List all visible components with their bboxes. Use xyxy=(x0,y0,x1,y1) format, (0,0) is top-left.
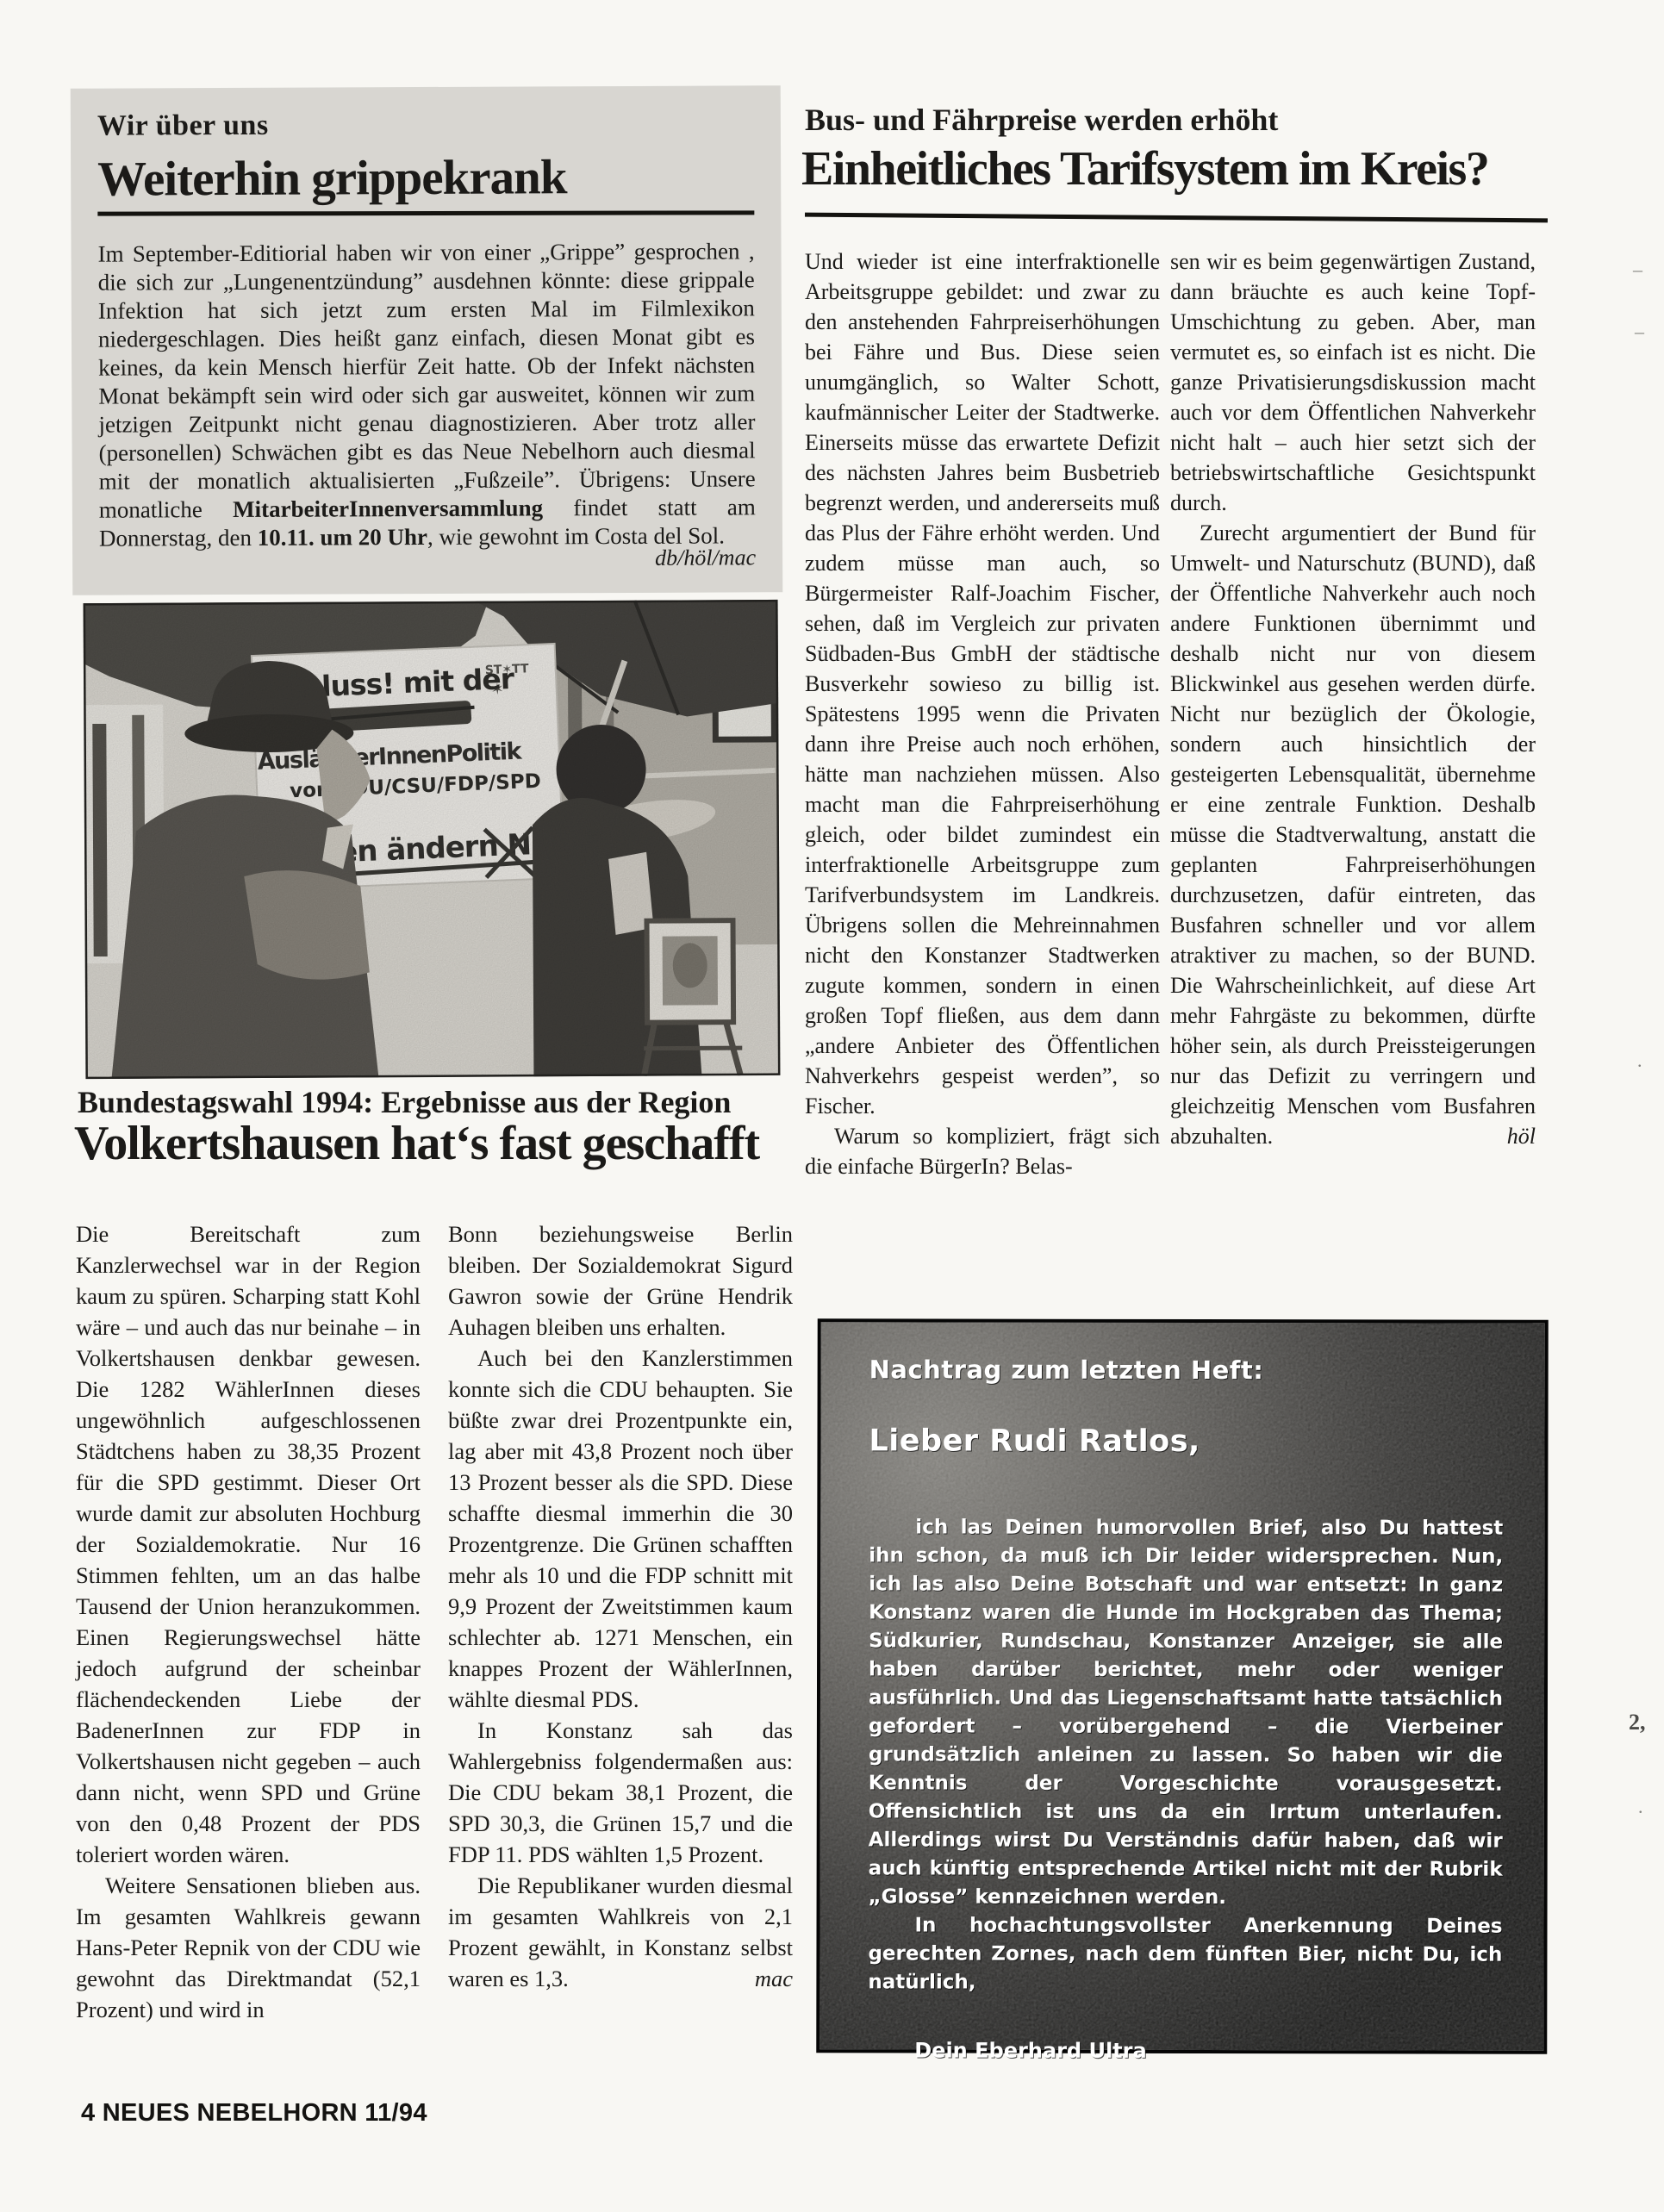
scan-artifact: – xyxy=(1633,259,1642,281)
wahl-column-2: Bonn beziehungsweise Berlin bleiben. Der… xyxy=(448,1218,793,1994)
tarif-paragraph: Und wieder ist eine interfraktionelle Ar… xyxy=(805,246,1160,1121)
tarif-column-1: Und wieder ist eine interfraktionelle Ar… xyxy=(805,246,1160,1181)
editorial-headline: Weiterhin grippekrank xyxy=(97,152,754,206)
photo-grain xyxy=(84,600,781,1079)
letter-paragraph: ich las Deinen humorvollen Brief, also D… xyxy=(869,1513,1504,1912)
letter-box: Nachtrag zum letzten Heft: Lieber Rudi R… xyxy=(816,1318,1548,2053)
letter-title: Nachtrag zum letzten Heft: xyxy=(869,1355,1504,1385)
wahl-paragraph: Weitere Sensationen blieben aus. Im gesa… xyxy=(76,1870,421,2025)
editorial-bold-1: MitarbeiterInnenversammlung xyxy=(233,495,543,523)
page-footer: 4 NEUES NEBELHORN 11/94 xyxy=(81,2099,427,2128)
demonstration-photo: ST✶TT ✶ Schluss! mit der AusländerInnenP… xyxy=(84,600,781,1079)
wahl-paragraph: Die Bereitschaft zum Kanzlerwechsel war … xyxy=(76,1218,421,1870)
tarif-paragraph: sen wir es beim gegenwärtigen Zustand, d… xyxy=(1170,246,1536,518)
editorial-article: Wir über uns Weiterhin grippekrank Im Se… xyxy=(72,86,782,595)
wahl-column-1: Die Bereitschaft zum Kanzlerwechsel war … xyxy=(76,1218,421,2025)
scan-artifact: – xyxy=(1635,321,1644,343)
letter-signature: Dein Eberhard Ultra xyxy=(868,2038,1502,2063)
tarif-paragraph: Zurecht argumentiert der Bund für Umwelt… xyxy=(1170,518,1536,1151)
wahl-paragraph: In Konstanz sah das Wahlergebniss folgen… xyxy=(448,1715,793,1870)
scan-artifact: 2, xyxy=(1629,1710,1646,1735)
tarif-headline: Einheitliches Tarifsystem im Kreis? xyxy=(801,143,1564,196)
editorial-body: Im September-Editiorial haben wir von ei… xyxy=(97,238,756,553)
wahl-paragraph: Auch bei den Kanzlerstimmen konnte sich … xyxy=(448,1343,793,1715)
newspaper-page: Wir über uns Weiterhin grippekrank Im Se… xyxy=(0,0,1664,2212)
tarif-headline-rule xyxy=(805,213,1548,223)
wahl-headline: Volkertshausen hat‘s fast geschafft xyxy=(74,1118,789,1169)
demonstration-photo-graphic: ST✶TT ✶ Schluss! mit der AusländerInnenP… xyxy=(84,600,781,1079)
editorial-kicker: Wir über uns xyxy=(97,107,754,142)
letter-salutation: Lieber Rudi Ratlos, xyxy=(869,1424,1503,1459)
editorial-text-1: Im September-Editiorial haben wir von ei… xyxy=(97,239,755,523)
tarif-paragraph: Warum so kompliziert, frägt sich die ein… xyxy=(805,1121,1160,1181)
tarif-column-2: sen wir es beim gegenwärtigen Zustand, d… xyxy=(1170,246,1536,1151)
letter-paragraph: In hochachtungsvollster Anerkennung Dein… xyxy=(868,1911,1502,1997)
headline-rule xyxy=(97,211,754,216)
scan-artifact: . xyxy=(1637,1050,1642,1072)
scan-artifact: . xyxy=(1638,1796,1643,1818)
letter-content: Nachtrag zum letzten Heft: Lieber Rudi R… xyxy=(820,1322,1544,2050)
editorial-bold-2: 10.11. um 20 Uhr xyxy=(258,524,427,551)
tarif-kicker: Bus- und Fährpreise werden erhöht xyxy=(805,102,1278,138)
wahl-kicker: Bundestagswahl 1994: Ergebnisse aus der … xyxy=(78,1084,731,1120)
wahl-paragraph: Bonn beziehungsweise Berlin bleiben. Der… xyxy=(448,1218,793,1343)
